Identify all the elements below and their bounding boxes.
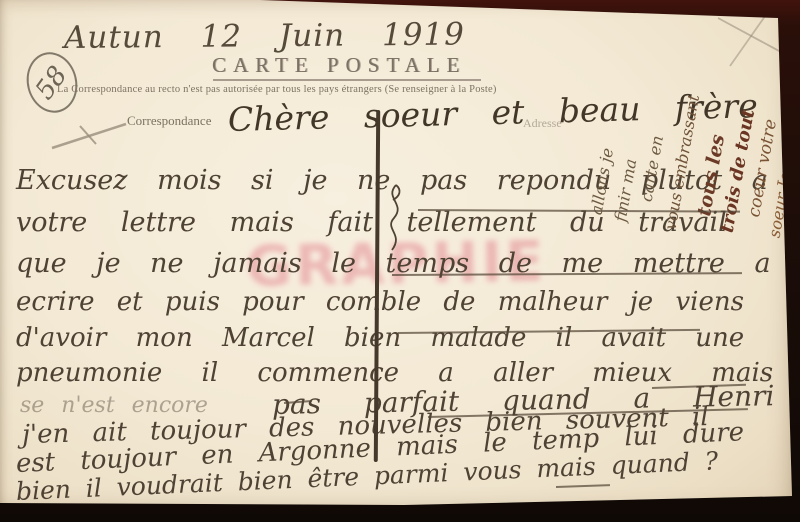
collector-stamp-circle: 58 — [20, 47, 83, 118]
printed-notice: La Correspondance au recto n'est pas aut… — [57, 84, 497, 95]
strike-rule — [556, 484, 610, 488]
collector-stamp-number: 58 — [30, 60, 74, 104]
correspondance-label: Correspondance — [127, 113, 211, 129]
message-line: d'avoir mon Marcel bien malade il avait … — [16, 323, 744, 353]
card-title: CARTE POSTALE — [212, 53, 466, 78]
ink-flourish — [382, 182, 408, 252]
pencil-cross-mark — [50, 112, 130, 160]
message-line: ecrire et puis pour comble de malheur je… — [16, 287, 744, 317]
photo-background: CARTE POSTALE La Correspondance au recto… — [0, 0, 800, 522]
postcard: CARTE POSTALE La Correspondance au recto… — [0, 0, 800, 522]
title-underline — [213, 79, 481, 81]
date-line: Autun 12 Juin 1919 — [64, 17, 465, 56]
message-line-faint: se n'est encore — [20, 393, 208, 418]
corner-pencil-marks — [710, 8, 800, 72]
